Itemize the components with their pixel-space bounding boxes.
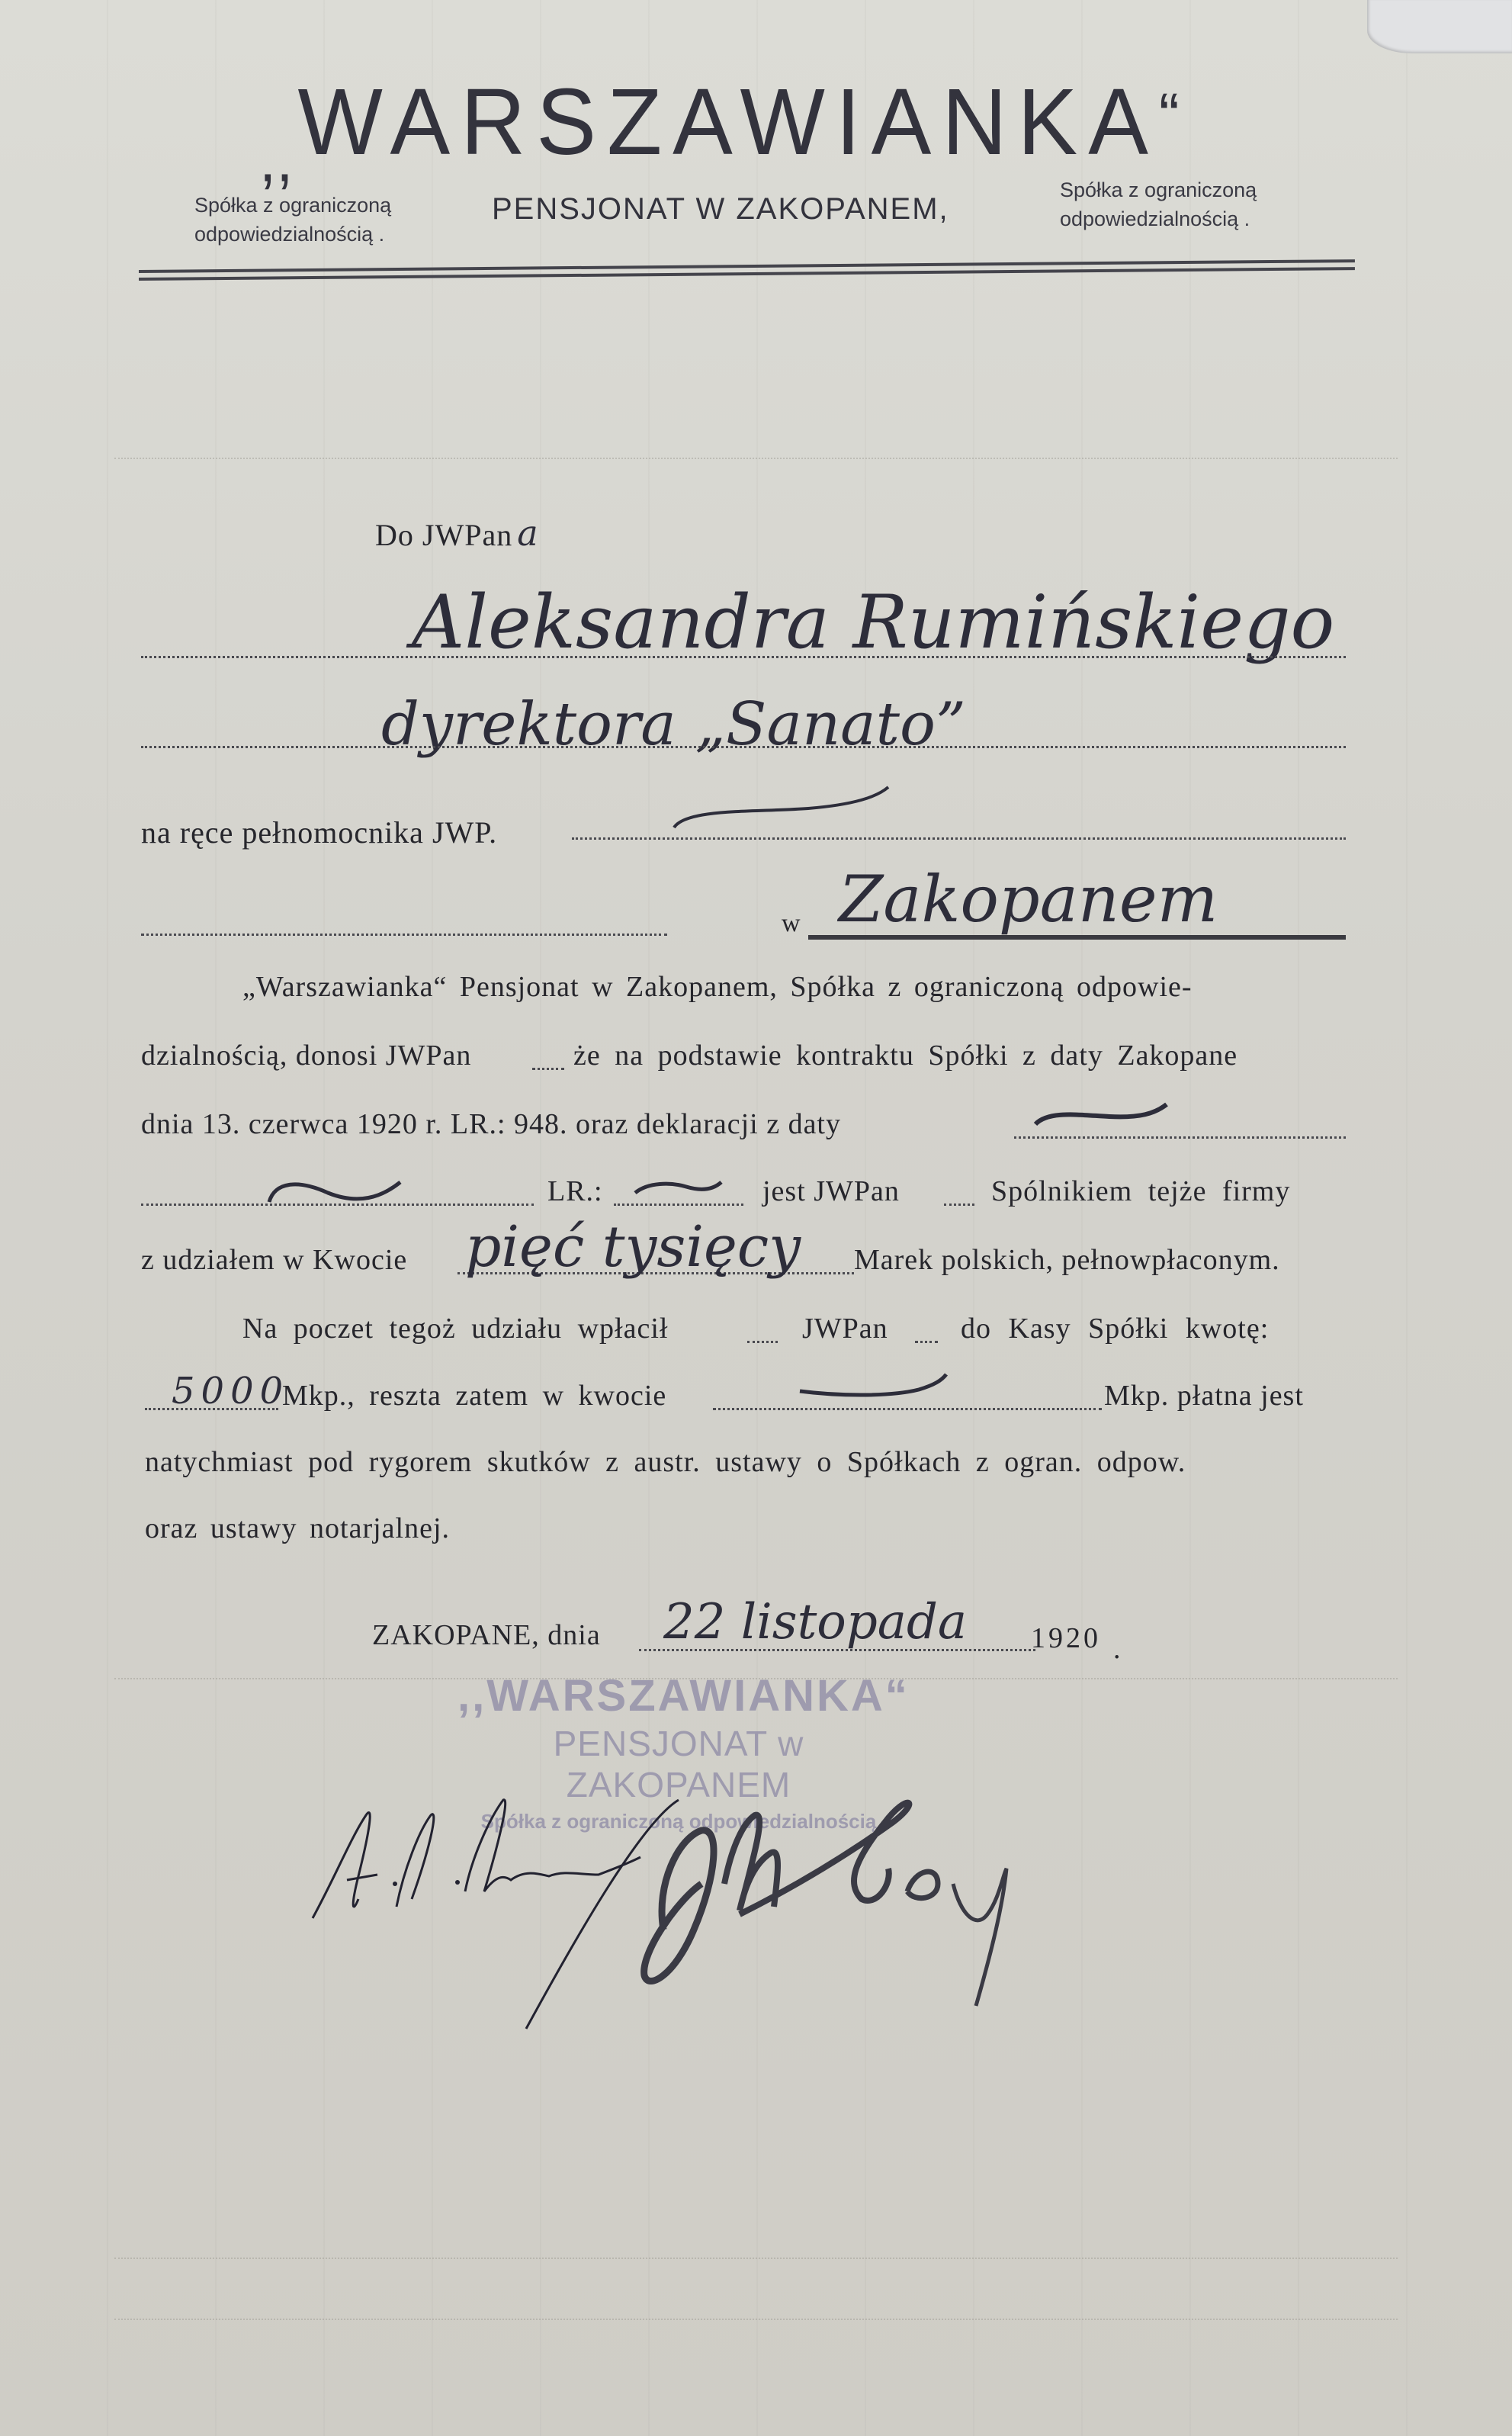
lr-line [614, 1204, 743, 1206]
share-amount-handwritten: pięć tysięcy [465, 1214, 801, 1280]
body-line: Marek polskich, pełnowpłaconym. [854, 1243, 1280, 1277]
body-line: do Kasy Spółki kwotę: [961, 1312, 1269, 1345]
opening-quote: ,, [259, 124, 293, 194]
declaration-date-line [1014, 1136, 1346, 1139]
proxy-label: na ręce pełnomocnika JWP. [141, 815, 497, 850]
closing-quote: “ [1159, 80, 1180, 151]
stamp-line: ,,WARSZAWIANKA“ [457, 1670, 900, 1721]
letterhead-left-note: Spółka z ograniczoną odpowiedzialnością … [194, 191, 391, 249]
location-blank-line [141, 934, 667, 936]
salutation-handwritten: a [517, 513, 538, 554]
letterhead-title: ,,WARSZAWIANKA“ [259, 68, 1266, 177]
dateline-place: ZAKOPANE, dnia [372, 1618, 601, 1652]
location-underline [808, 935, 1346, 940]
recipient-title-line [141, 746, 1346, 748]
ruled-line [114, 2258, 1398, 2259]
company-name: WARSZAWIANKA [297, 69, 1159, 175]
fill-dots [532, 1068, 564, 1070]
body-line: „Warszawianka“ Pensjonat w Zakopanem, Sp… [242, 970, 1193, 1004]
date-handwritten: 22 listopada [663, 1594, 967, 1650]
blank-dash-mark [1033, 1101, 1170, 1132]
body-line: Spólnikiem tejże firmy [991, 1175, 1290, 1208]
right-note-line: odpowiedzialnością . [1060, 204, 1257, 233]
fill-dots [915, 1341, 938, 1343]
body-line: natychmiast pod rygorem skutków z austr.… [145, 1445, 1186, 1479]
location-prefix: w [782, 909, 801, 938]
blank-dash-mark [267, 1175, 404, 1205]
lr-label: LR.: [547, 1175, 603, 1208]
body-line: Mkp. płatna jest [1104, 1379, 1304, 1412]
blank-dash-mark [633, 1178, 724, 1200]
blank-dash-mark [671, 786, 892, 839]
left-note-line: Spółka z ograniczoną [194, 191, 391, 220]
right-note-line: Spółka z ograniczoną [1060, 175, 1257, 204]
ruled-line [114, 458, 1398, 459]
ruled-line [114, 2319, 1398, 2320]
body-line: jest JWPan [762, 1175, 900, 1208]
recipient-name-line [141, 656, 1346, 658]
letterhead-subtitle: PENSJONAT W ZAKOPANEM, [492, 192, 949, 227]
recipient-title: dyrektora „Sanato” [381, 690, 966, 759]
letterhead-right-note: Spółka z ograniczoną odpowiedzialnością … [1060, 175, 1257, 233]
blank-dash-mark [797, 1373, 949, 1399]
remaining-amount-line [713, 1408, 1102, 1410]
salutation-printed: Do JWPan [375, 518, 512, 552]
recipient-name: Aleksandra Rumińskiego [412, 580, 1334, 665]
fill-dots [747, 1341, 778, 1343]
salutation: Do JWPana [375, 513, 539, 554]
fill-dots [944, 1204, 974, 1206]
left-note-line: odpowiedzialnością . [194, 220, 391, 249]
body-line: dnia 13. czerwca 1920 r. LR.: 948. oraz … [141, 1107, 841, 1141]
date-year: 1920 [1031, 1621, 1101, 1655]
location-handwritten: Zakopanem [839, 862, 1218, 937]
document-page: ,,WARSZAWIANKA“ Spółka z ograniczoną odp… [0, 0, 1512, 2436]
body-line: Na poczet tegoż udziału wpłacił [242, 1312, 668, 1345]
body-line: Mkp., reszta zatem w kwocie [282, 1379, 666, 1412]
date-period: . [1113, 1632, 1122, 1666]
body-line: że na podstawie kontraktu Spółki z daty … [573, 1039, 1238, 1072]
body-line: oraz ustawy notarjalnej. [145, 1512, 450, 1545]
paid-amount-handwritten: 5000 [172, 1370, 289, 1412]
body-line: dzialnością, donosi JWPan [141, 1039, 471, 1072]
torn-paper-corner [1367, 0, 1512, 53]
body-line: z udziałem w Kwocie [141, 1243, 407, 1277]
body-line: JWPan [802, 1312, 888, 1345]
